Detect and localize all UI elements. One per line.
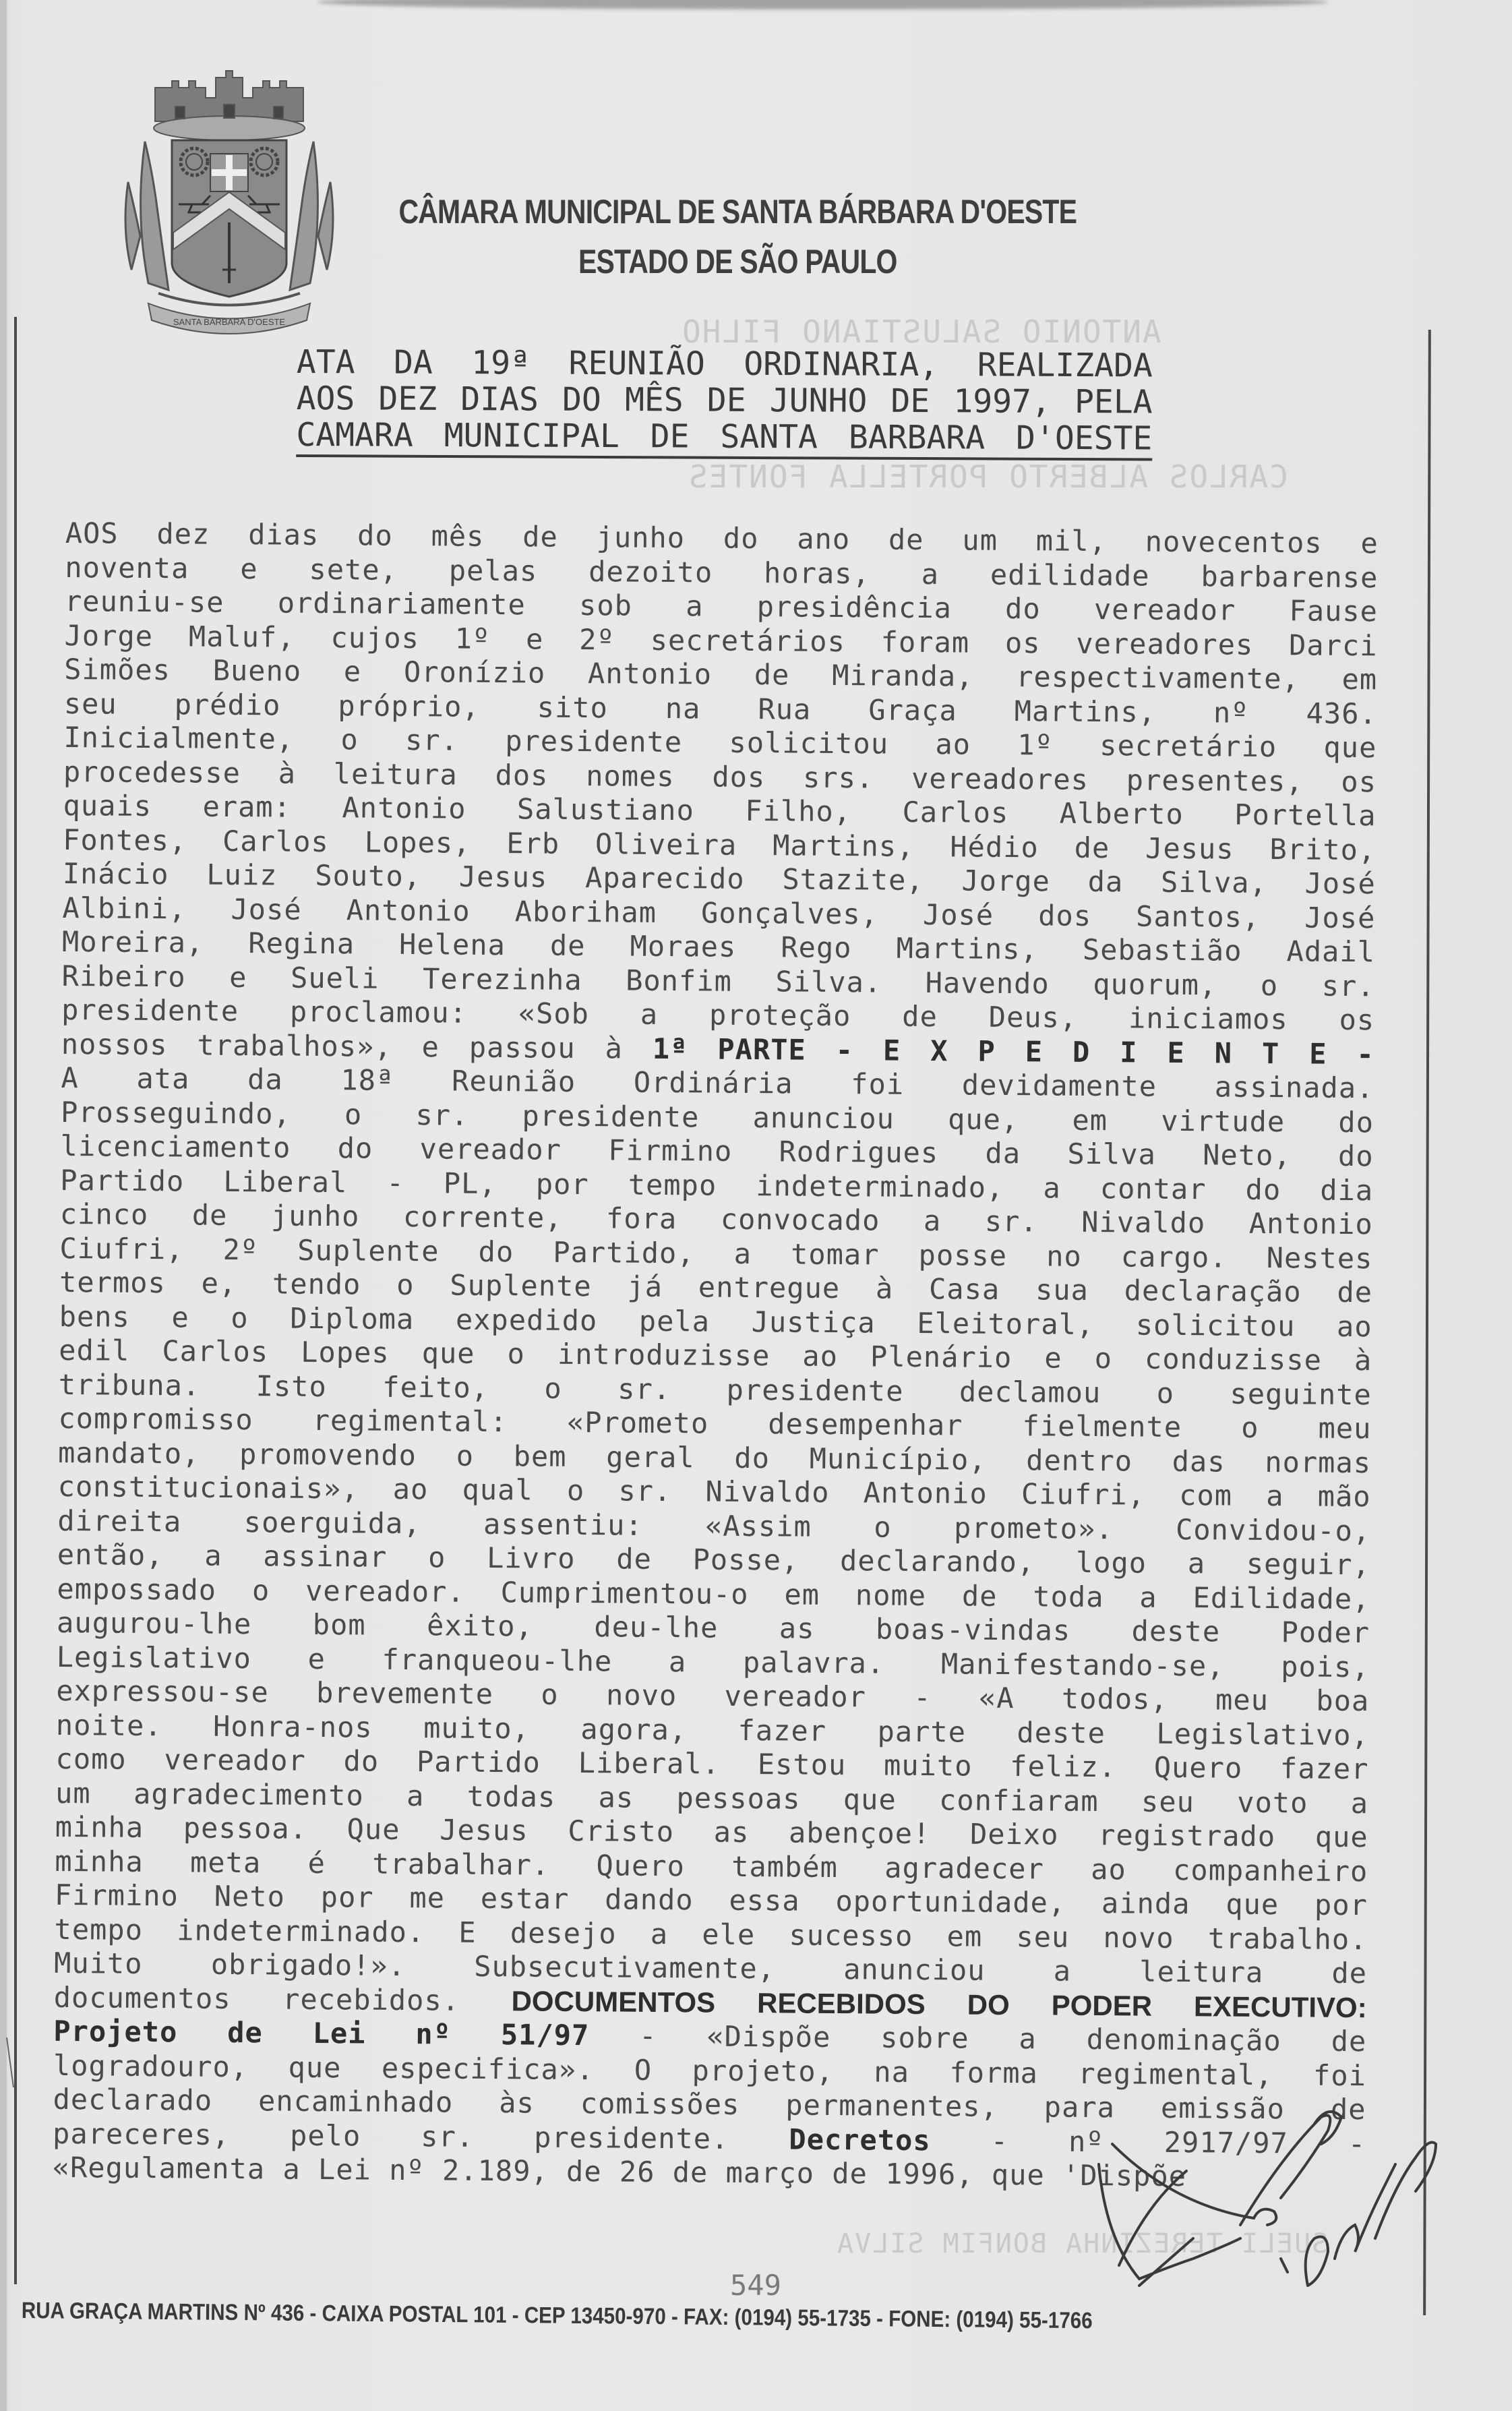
minutes-title: ATA DA 19ª REUNIÃO ORDINARIA, REALIZADA …: [296, 344, 1153, 461]
emphasized-text: DOCUMENTOS RECEBIDOS DO PODER EXECUTIVO:: [511, 1985, 1366, 2023]
coat-of-arms-icon: SANTA BARBARA D'OESTE: [108, 67, 351, 344]
document-page: ANTONIO SALUSTIANO FILHO CARLOS ALBERTO …: [0, 0, 1512, 2411]
body-text-segment: nossos trabalhos», e passou à: [61, 1027, 653, 1065]
state-name: ESTADO DE SÃO PAULO: [398, 240, 1078, 283]
left-margin-rule: [14, 317, 17, 2284]
svg-text:SANTA BARBARA D'OESTE: SANTA BARBARA D'OESTE: [173, 317, 286, 327]
minutes-title-line: AOS DEZ DIAS DO MÊS DE JUNHO DE 1997, PE…: [297, 380, 1153, 421]
minutes-title-line: ATA DA 19ª REUNIÃO ORDINARIA, REALIZADA: [297, 344, 1153, 384]
institution-name: CÂMARA MUNICIPAL DE SANTA BÁRBARA D'OEST…: [398, 190, 1078, 233]
emphasized-text: Decretos: [789, 2122, 931, 2157]
scan-shadow: [317, 0, 1328, 9]
bleed-through-text: ANTONIO SALUSTIANO FILHO: [681, 314, 1161, 350]
handwritten-signature-icon: [1038, 2104, 1470, 2306]
minutes-title-line: CAMARA MUNICIPAL DE SANTA BARBARA D'OEST…: [296, 417, 1152, 461]
right-margin-rule: [1423, 330, 1431, 2315]
margin-pen-mark: [4, 2036, 18, 2090]
emphasized-text: 1ª PARTE - E X P E D I E N T E -: [653, 1032, 1374, 1070]
bleed-through-text: CARLOS ALBERTO PORTELLA FONTES: [688, 458, 1288, 495]
body-text-segment: - «Dispõe sobre a denominação de: [589, 2019, 1366, 2058]
body-text-segment: documentos recebidos.: [54, 1980, 512, 2017]
page-number: 549: [730, 2269, 781, 2302]
minutes-body: AOS dez dias do mês de junho do ano de u…: [53, 516, 1379, 2195]
emphasized-text: Projeto de Lei nº 51/97: [53, 2015, 589, 2052]
body-text-segment: pareceres, pelo sr. presidente.: [53, 2116, 789, 2155]
